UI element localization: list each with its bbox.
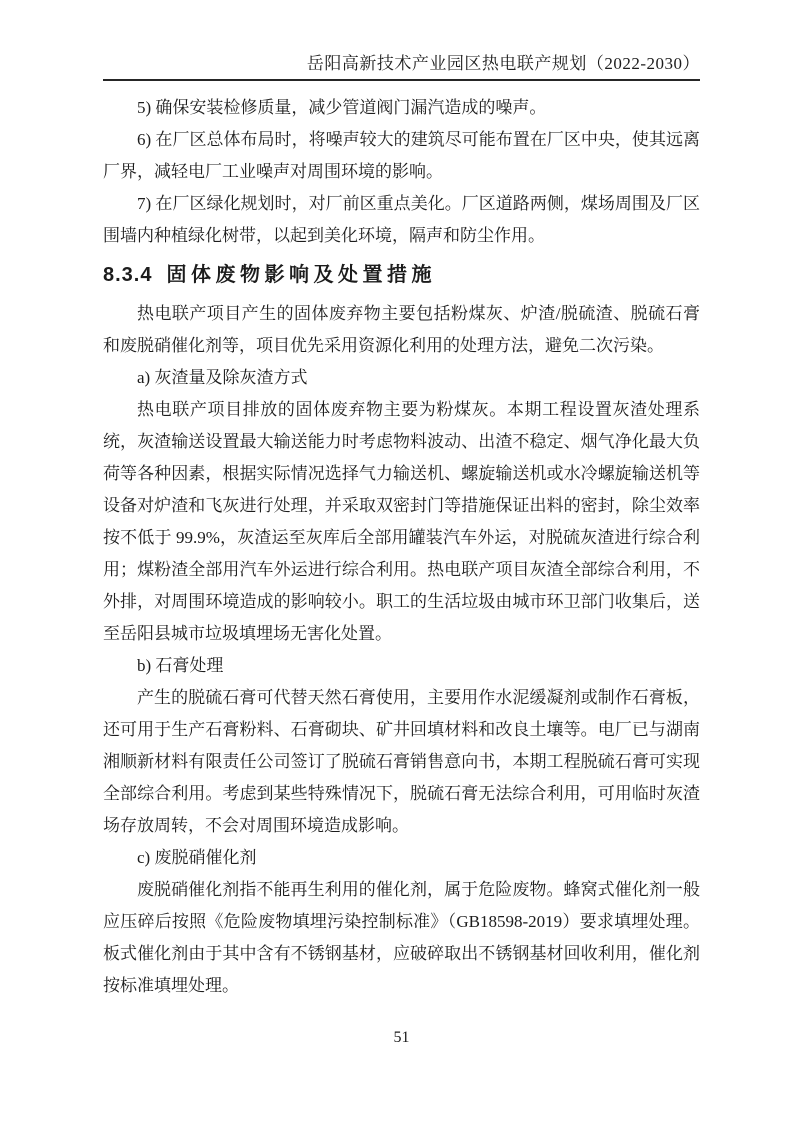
page-number: 51 (103, 1027, 700, 1049)
list-item-c-catalyst-title: c) 废脱硝催化剂 (103, 842, 700, 874)
list-item-6: 6) 在厂区总体布局时，将噪声较大的建筑尽可能布置在厂区中央，使其远离厂界，减轻… (103, 124, 700, 188)
page-header-title: 岳阳高新技术产业园区热电联产规划（2022-2030） (103, 53, 700, 75)
section-heading: 8.3.4固体废物影响及处置措施 (103, 259, 700, 291)
list-item-b-gypsum-title: b) 石膏处理 (103, 650, 700, 682)
document-page: 岳阳高新技术产业园区热电联产规划（2022-2030） 5) 确保安装检修质量，… (0, 0, 793, 1122)
list-item-7: 7) 在厂区绿化规划时，对厂前区重点美化。厂区道路两侧，煤场周围及厂区围墙内种植… (103, 188, 700, 252)
paragraph-catalyst-handling: 废脱硝催化剂指不能再生利用的催化剂，属于危险废物。蜂窝式催化剂一般应压碎后按照《… (103, 874, 700, 1002)
header-rule (103, 79, 700, 81)
paragraph-gypsum-handling: 产生的脱硫石膏可代替天然石膏使用，主要用作水泥缓凝剂或制作石膏板，还可用于生产石… (103, 682, 700, 842)
section-heading-text: 固体废物影响及处置措施 (166, 264, 436, 286)
section-heading-number: 8.3.4 (103, 264, 152, 286)
list-item-5: 5) 确保安装检修质量，减少管道阀门漏汽造成的噪声。 (103, 92, 700, 124)
paragraph-solid-waste-intro: 热电联产项目产生的固体废弃物主要包括粉煤灰、炉渣/脱硫渣、脱硫石膏和废脱硝催化剂… (103, 298, 700, 362)
paragraph-ash-handling: 热电联产项目排放的固体废弃物主要为粉煤灰。本期工程设置灰渣处理系统，灰渣输送设置… (103, 394, 700, 650)
list-item-a-ash-title: a) 灰渣量及除灰渣方式 (103, 362, 700, 394)
document-body: 5) 确保安装检修质量，减少管道阀门漏汽造成的噪声。 6) 在厂区总体布局时，将… (103, 92, 700, 1002)
